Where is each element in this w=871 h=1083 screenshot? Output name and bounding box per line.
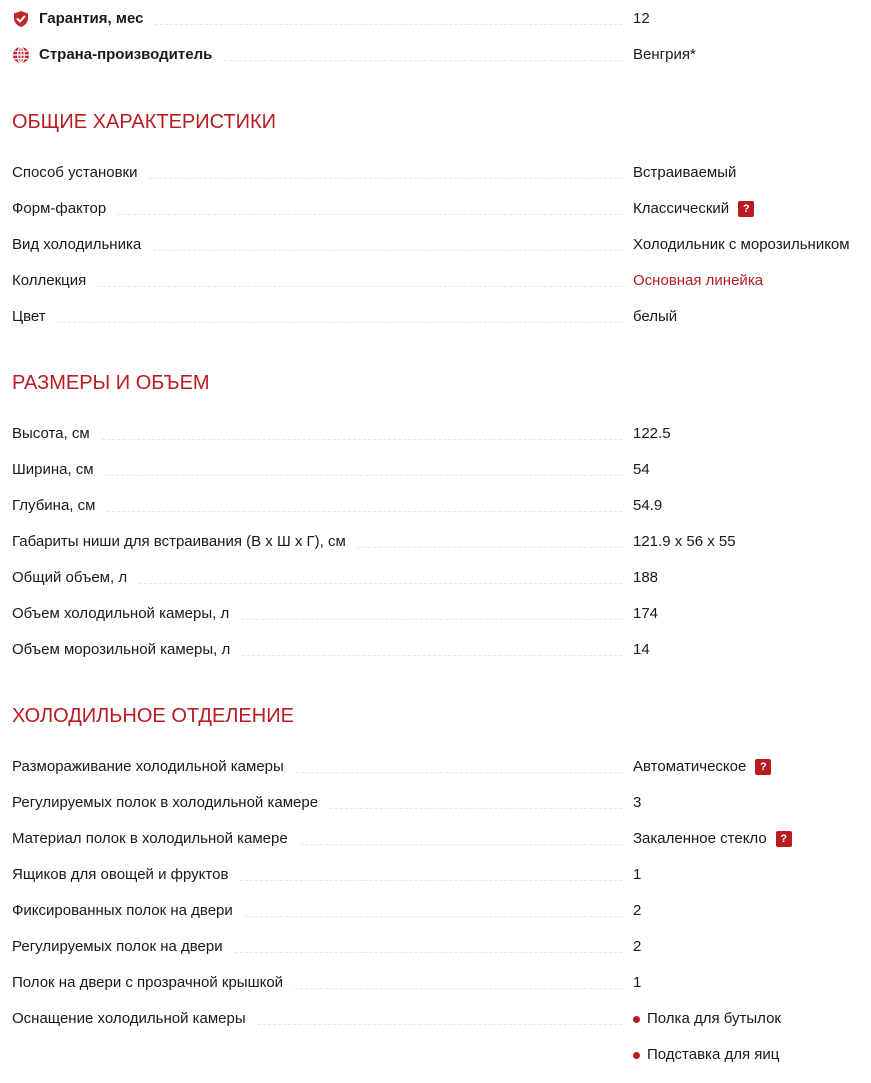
spec-row: Высота, см122.5 [12, 415, 871, 451]
dotted-leader [98, 285, 622, 287]
spec-label: Размораживание холодильной камеры [12, 758, 284, 776]
spec-value: 1 [633, 974, 641, 992]
spec-value-text: Классический [633, 200, 729, 218]
spec-value-text: Холодильник с морозильником [633, 236, 850, 254]
dotted-leader [102, 438, 622, 440]
spec-list-item: Подставка для яиц [633, 1046, 779, 1064]
spec-value: 3 [633, 794, 641, 812]
spec-row: Форм-факторКлассический? [12, 190, 871, 226]
dotted-leader [241, 618, 622, 620]
collection-link[interactable]: Основная линейка [633, 272, 763, 290]
spec-row: Размораживание холодильной камерыАвтомат… [12, 748, 871, 784]
spec-value: Венгрия* [633, 46, 696, 64]
spec-row: Полок на двери с прозрачной крышкой1 [12, 964, 871, 1000]
spec-row-warranty: Гарантия, мес 12 [12, 0, 871, 36]
help-icon[interactable]: ? [738, 201, 754, 217]
spec-value: 174 [633, 605, 658, 623]
spec-label: Ширина, см [12, 461, 94, 479]
spec-row: Ящиков для овощей и фруктов1 [12, 856, 871, 892]
spec-value-text: 121.9 x 56 x 55 [633, 533, 736, 551]
spec-label: Гарантия, мес [39, 10, 143, 28]
spec-value: 121.9 x 56 x 55 [633, 533, 736, 551]
spec-list-item-text: Подставка для яиц [647, 1046, 779, 1064]
spec-value-text: Закаленное стекло [633, 830, 767, 848]
spec-value: Автоматическое? [633, 758, 771, 776]
spec-value-text: 1 [633, 974, 641, 992]
dotted-leader [153, 249, 622, 251]
spec-label: Габариты ниши для встраивания (В х Ш х Г… [12, 533, 346, 551]
spec-value: 122.5 [633, 425, 671, 443]
spec-row: Объем холодильной камеры, л174 [12, 595, 871, 631]
spec-row: Материал полок в холодильной камереЗакал… [12, 820, 871, 856]
spec-row: Регулируемых полок в холодильной камере3 [12, 784, 871, 820]
spec-value: Холодильник с морозильником [633, 236, 850, 254]
help-icon[interactable]: ? [755, 759, 771, 775]
spec-value: 54.9 [633, 497, 662, 515]
dotted-leader [295, 987, 622, 989]
spec-label: Глубина, см [12, 497, 95, 515]
spec-value: 54 [633, 461, 650, 479]
spec-value-text: 54 [633, 461, 650, 479]
spec-row: Габариты ниши для встраивания (В х Ш х Г… [12, 523, 871, 559]
dotted-leader [107, 510, 622, 512]
dotted-leader [235, 951, 622, 953]
spec-value: 188 [633, 569, 658, 587]
dotted-leader [245, 915, 622, 917]
dotted-leader [258, 1023, 622, 1025]
spec-label: Полок на двери с прозрачной крышкой [12, 974, 283, 992]
globe-icon [12, 46, 30, 64]
spec-row: Глубина, см54.9 [12, 487, 871, 523]
spec-value: Закаленное стекло? [633, 830, 792, 848]
dotted-leader [330, 807, 622, 809]
help-icon[interactable]: ? [776, 831, 792, 847]
spec-value-text: Встраиваемый [633, 164, 736, 182]
spec-row: Способ установкиВстраиваемый [12, 154, 871, 190]
dotted-leader [358, 546, 622, 548]
section-title: РАЗМЕРЫ И ОБЪЕМ [12, 371, 210, 395]
spec-label: Коллекция [12, 272, 86, 290]
dotted-leader [240, 879, 622, 881]
spec-label: Форм-фактор [12, 200, 106, 218]
dotted-leader [224, 59, 622, 61]
dotted-leader [300, 843, 622, 845]
dotted-leader [118, 213, 622, 215]
spec-row: Объем морозильной камеры, л14 [12, 631, 871, 667]
spec-label: Страна-производитель [39, 46, 212, 64]
spec-label: Материал полок в холодильной камере [12, 830, 288, 848]
dotted-leader [149, 177, 622, 179]
spec-label: Высота, см [12, 425, 90, 443]
dotted-leader [58, 321, 622, 323]
spec-row-country: Страна-производитель Венгрия* [12, 36, 871, 72]
spec-list-item: Полка для бутылок [633, 1010, 781, 1028]
spec-value: 1 [633, 866, 641, 884]
spec-value: Встраиваемый [633, 164, 736, 182]
spec-label: Способ установки [12, 164, 137, 182]
spec-label: Объем морозильной камеры, л [12, 641, 230, 659]
spec-row: Ширина, см54 [12, 451, 871, 487]
shield-check-icon [12, 10, 30, 28]
dotted-leader [155, 23, 622, 25]
spec-value-text: 2 [633, 902, 641, 920]
spec-row: Вид холодильникаХолодильник с морозильни… [12, 226, 871, 262]
spec-label: Фиксированных полок на двери [12, 902, 233, 920]
spec-row: Оснащение холодильной камерыПолка для бу… [12, 1000, 871, 1036]
spec-value: 2 [633, 902, 641, 920]
spec-value-text: 14 [633, 641, 650, 659]
spec-value: 14 [633, 641, 650, 659]
spec-value-text: белый [633, 308, 677, 326]
spec-label: Регулируемых полок на двери [12, 938, 223, 956]
section-title: ОБЩИЕ ХАРАКТЕРИСТИКИ [12, 110, 276, 134]
spec-row: Регулируемых полок на двери2 [12, 928, 871, 964]
bullet-icon [633, 1052, 640, 1059]
spec-row: КоллекцияОсновная линейка [12, 262, 871, 298]
spec-value-text: 3 [633, 794, 641, 812]
spec-value: белый [633, 308, 677, 326]
spec-label: Общий объем, л [12, 569, 127, 587]
dotted-leader [242, 654, 622, 656]
section-title: ХОЛОДИЛЬНОЕ ОТДЕЛЕНИЕ [12, 704, 294, 728]
spec-row: Общий объем, л188 [12, 559, 871, 595]
spec-label: Объем холодильной камеры, л [12, 605, 229, 623]
spec-value-text: 54.9 [633, 497, 662, 515]
spec-value-text: Автоматическое [633, 758, 746, 776]
spec-value-text: 1 [633, 866, 641, 884]
spec-list-item-text: Полка для бутылок [647, 1010, 781, 1028]
spec-label: Цвет [12, 308, 46, 326]
spec-label: Оснащение холодильной камеры [12, 1010, 246, 1028]
bullet-icon [633, 1016, 640, 1023]
spec-value: 2 [633, 938, 641, 956]
spec-value: Основная линейка [633, 272, 763, 290]
spec-row: Фиксированных полок на двери2 [12, 892, 871, 928]
spec-value-text: 174 [633, 605, 658, 623]
spec-row: Цветбелый [12, 298, 871, 334]
dotted-leader [106, 474, 622, 476]
spec-value-text: 188 [633, 569, 658, 587]
spec-label: Ящиков для овощей и фруктов [12, 866, 228, 884]
dotted-leader [139, 582, 622, 584]
dotted-leader [296, 771, 622, 773]
spec-value-text: 122.5 [633, 425, 671, 443]
spec-label: Регулируемых полок в холодильной камере [12, 794, 318, 812]
spec-value: 12 [633, 10, 650, 28]
spec-value-text: 2 [633, 938, 641, 956]
spec-value: Классический? [633, 200, 754, 218]
spec-label: Вид холодильника [12, 236, 141, 254]
